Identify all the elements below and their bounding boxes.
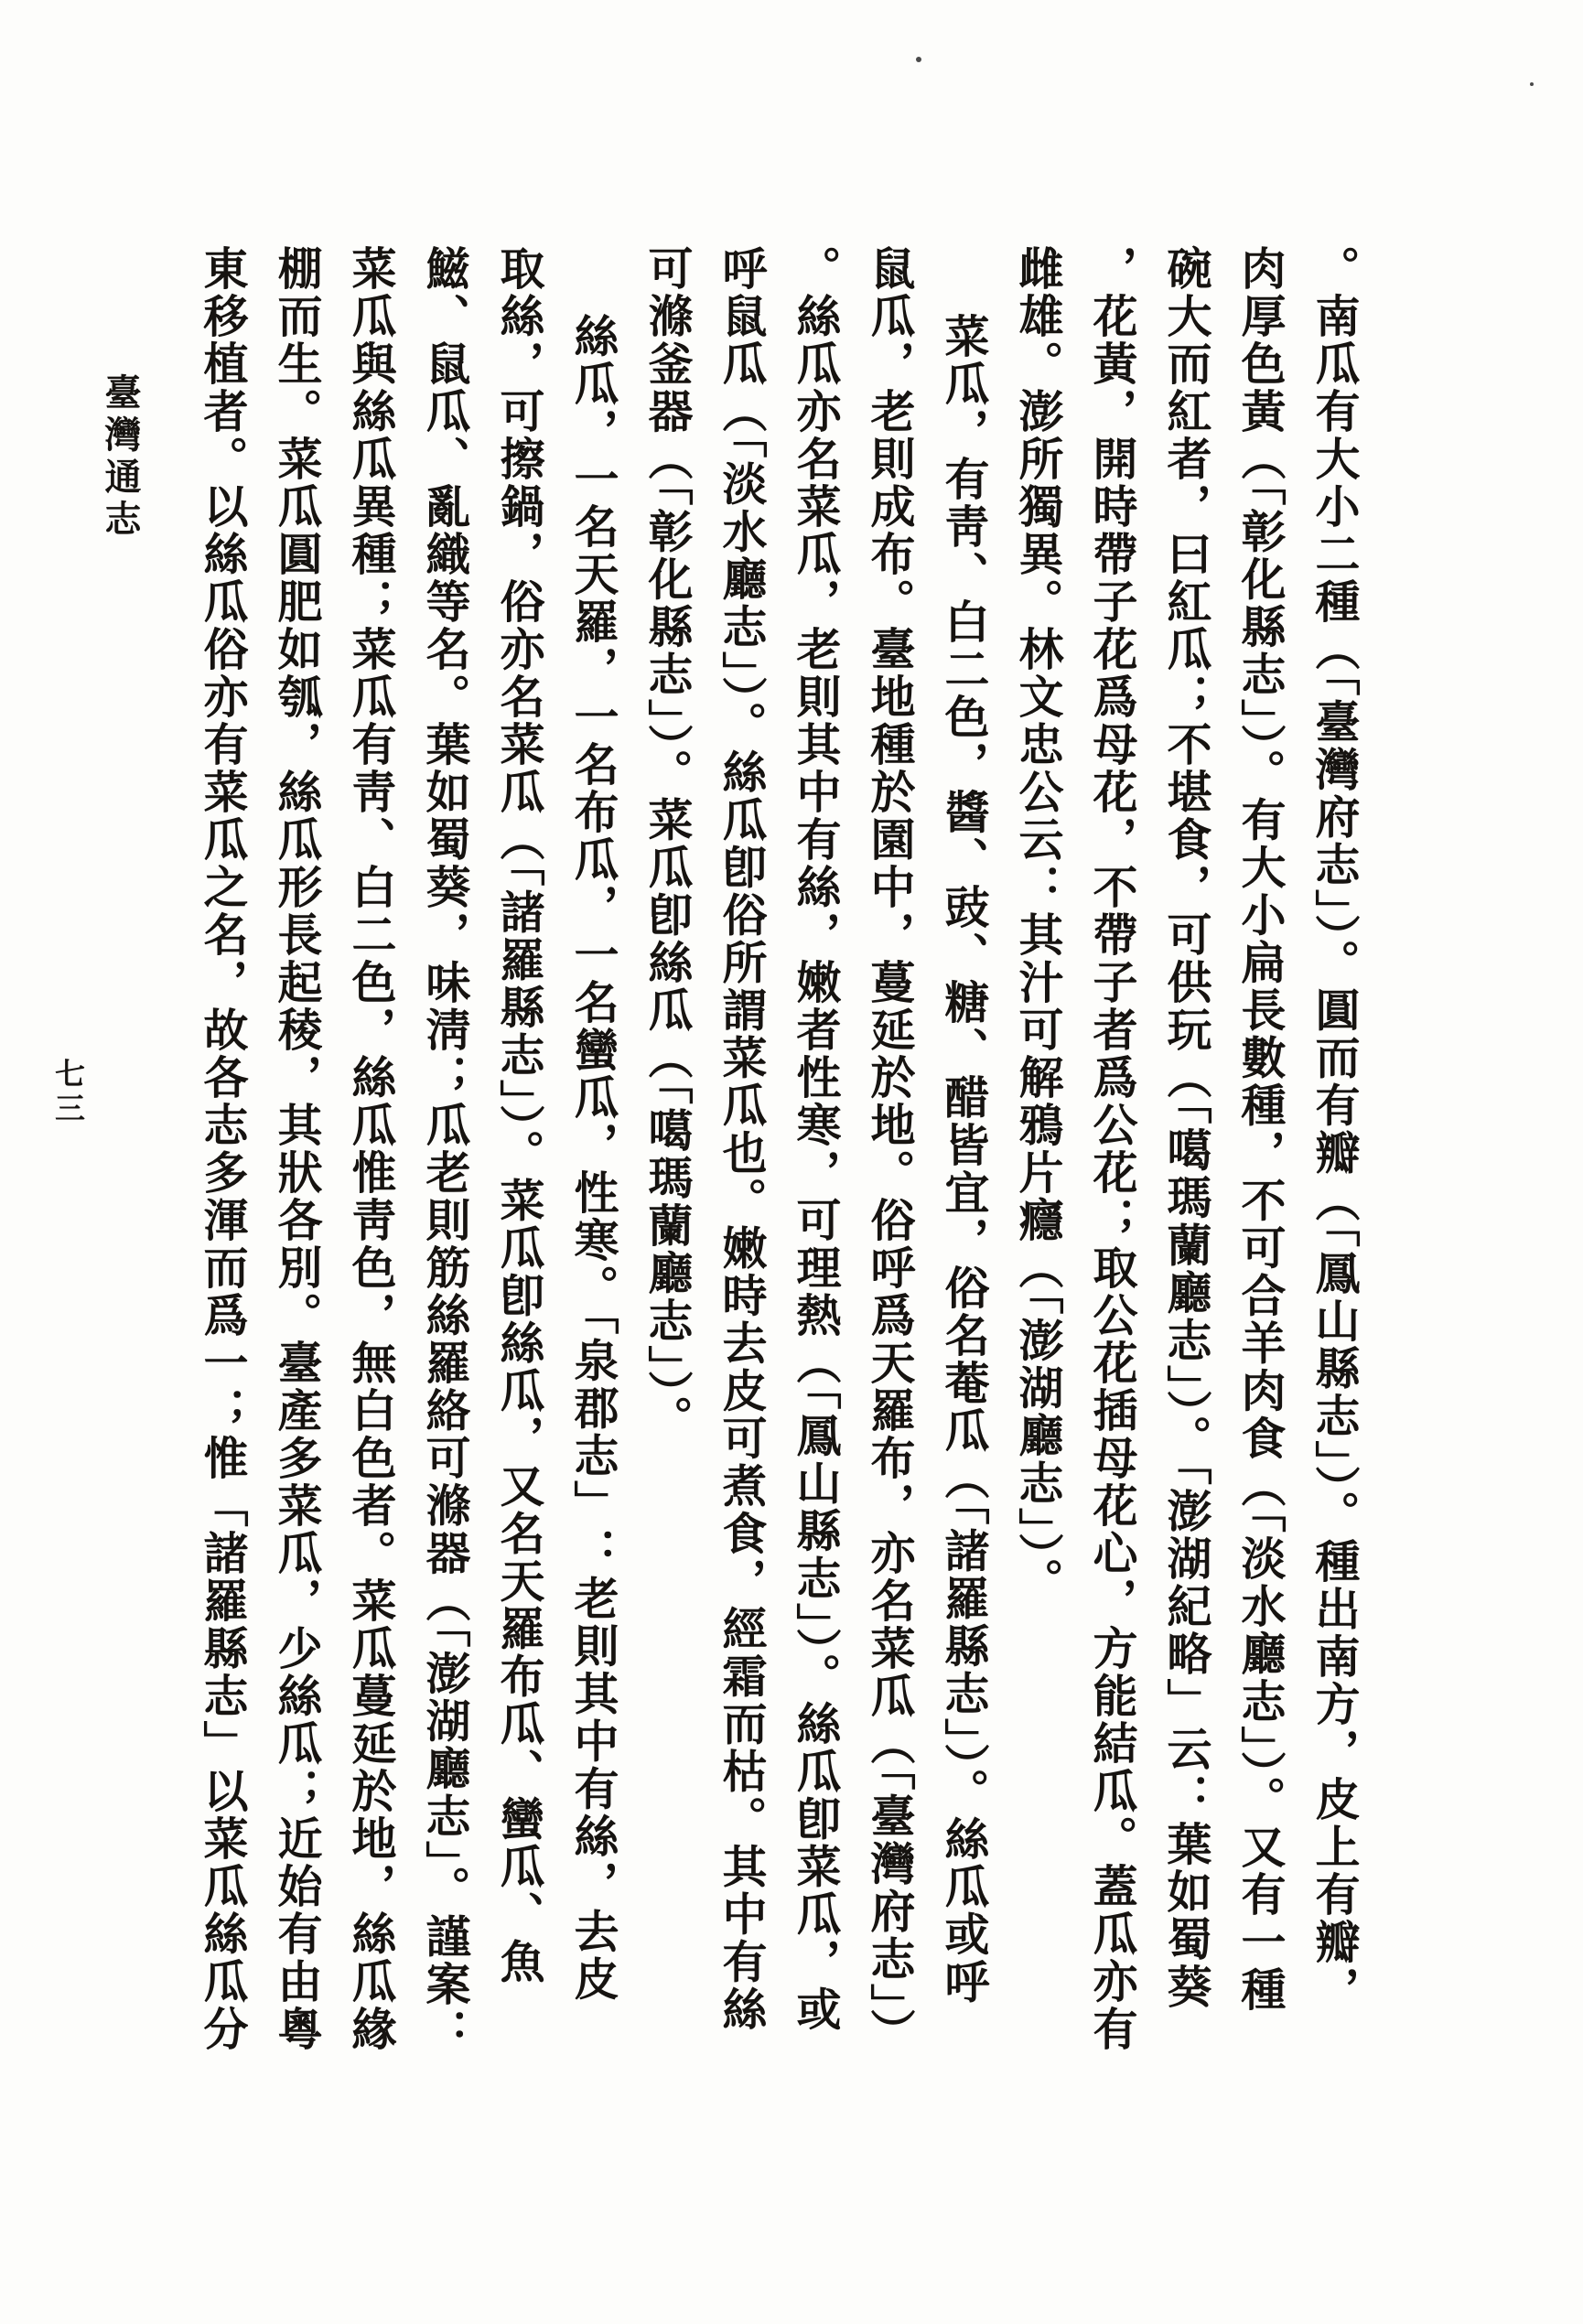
text-column-paragraph-start: 菜瓜，有靑、白二色，醬、豉、糖、醋皆宜，俗名菴瓜（「諸羅縣志」）。絲瓜或呼 <box>927 245 1001 2162</box>
text-column: 鰦、鼠瓜、亂織等名。葉如蜀葵，味淸；瓜老則筋絲羅絡可滌器（「澎湖廳志」。謹案： <box>408 245 482 2162</box>
text-column: 取絲，可擦鍋，俗亦名菜瓜（「諸羅縣志」）。菜瓜卽絲瓜，又名天羅布瓜、蠻瓜、魚 <box>482 245 556 2162</box>
text-column: 棚而生。菜瓜圓肥如瓠，絲瓜形長起稜，其狀各別。臺產多菜瓜，少絲瓜；近始有由粵 <box>260 245 334 2162</box>
text-column-paragraph-start: 絲瓜，一名天羅，一名布瓜，一名蠻瓜，性寒。「泉郡志」：老則其中有絲，去皮 <box>556 245 630 2162</box>
page-number: 七三 <box>46 1058 89 1127</box>
scan-speck <box>1530 82 1534 86</box>
text-column: ，花黃，開時帶子花爲母花，不帶子者爲公花；取公花插母花心，方能結瓜。蓋瓜亦有 <box>1075 245 1149 2162</box>
scan-speck <box>916 57 921 62</box>
text-column: 碗大而紅者，曰紅瓜；不堪食，可供玩（「噶瑪蘭廳志」）。「澎湖紀略」云：葉如蜀葵 <box>1149 245 1223 2162</box>
text-column: 。南瓜有大小二種（「臺灣府志」）。圓而有瓣（「鳳山縣志」）。種出南方，皮上有瓣， <box>1298 245 1372 2162</box>
book-margin-title: 臺灣通志 <box>94 373 146 542</box>
text-column: 東移植者。以絲瓜俗亦有菜瓜之名，故各志多渾而爲一；惟「諸羅縣志」以菜瓜絲瓜分 <box>186 245 260 2162</box>
text-column: 鼠瓜，老則成布。臺地種於園中，蔓延於地。俗呼爲天羅布，亦名菜瓜（「臺灣府志」） <box>853 245 927 2162</box>
scanned-book-page: 臺灣通志 七三 。南瓜有大小二種（「臺灣府志」）。圓而有瓣（「鳳山縣志」）。種出… <box>0 0 1583 2324</box>
text-column: 菜瓜與絲瓜異種；菜瓜有靑、白二色，絲瓜惟靑色，無白色者。菜瓜蔓延於地，絲瓜緣 <box>334 245 408 2162</box>
text-column: 。絲瓜亦名菜瓜，老則其中有絲，嫩者性寒，可理熱（「鳳山縣志」）。絲瓜卽菜瓜，或 <box>779 245 853 2162</box>
text-column: 雌雄。澎所獨異。林文忠公云：其汁可解鴉片癮（「澎湖廳志」）。 <box>1001 245 1075 2162</box>
text-column: 肉厚色黃（「彰化縣志」）。有大小扁長數種，不可合羊肉食（「淡水廳志」）。又有一種 <box>1223 245 1298 2162</box>
text-column: 可滌釜器（「彰化縣志」）。菜瓜卽絲瓜（「噶瑪蘭廳志」）。 <box>630 245 705 2162</box>
text-column: 呼鼠瓜（「淡水廳志」）。絲瓜卽俗所謂菜瓜也。嫩時去皮可煮食，經霜而枯。其中有絲 <box>705 245 779 2162</box>
text-block: 。南瓜有大小二種（「臺灣府志」）。圓而有瓣（「鳳山縣志」）。種出南方，皮上有瓣，… <box>186 245 1372 2162</box>
